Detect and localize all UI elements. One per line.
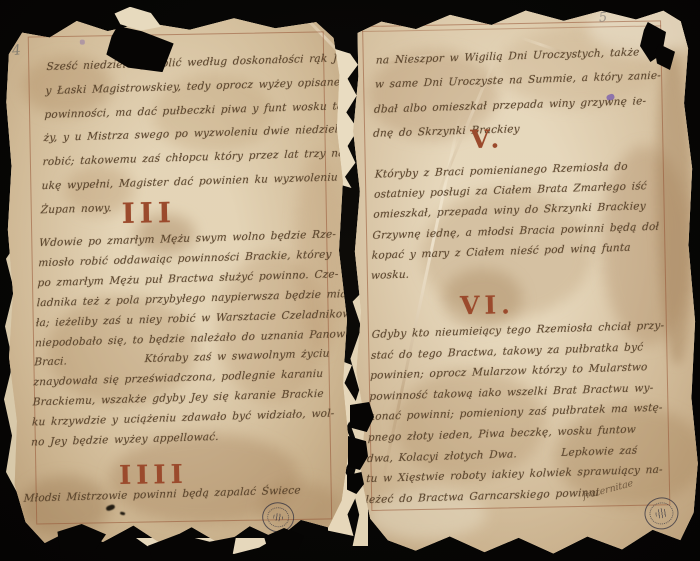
left-page: 4 Sześć niedziel wyzwolić według doskona… [1,11,352,549]
handwritten-paragraph: Któryby z Braci pomienianego Rzemiosła d… [371,155,680,286]
right-page: 5 na Nieszpor w Wigilią Dni Uroczystych,… [347,5,700,558]
page-number: 5 [598,10,608,26]
handwritten-paragraph: Gdyby kto nieumieiący tego Rzemiosła chc… [365,315,690,511]
violet-ink-mark [80,40,85,45]
page-number: 4 [11,42,22,59]
section-heading-roman: VI. [432,290,543,321]
section-heading-roman: III [29,194,270,231]
handwritten-paragraph: Wdowie po zmarłym Mężu swym wolno będzie… [31,225,340,453]
section-heading-roman: V. [437,124,538,155]
manuscript-photo: 4 Sześć niedziel wyzwolić według doskona… [0,0,700,561]
